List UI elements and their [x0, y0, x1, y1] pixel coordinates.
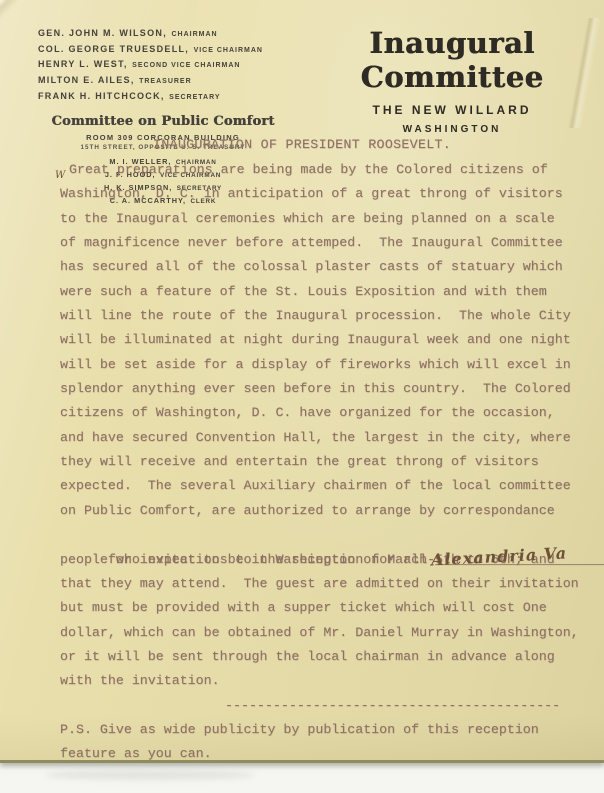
officer-row: HENRY L. WEST, SECOND VICE CHAIRMAN [38, 57, 300, 73]
officer-row: MILTON E. AILES, TREASURER [38, 73, 300, 89]
body-line: will line the route of the Inaugural pro… [60, 304, 590, 328]
letter-paper: GEN. JOHN M. WILSON, CHAIRMAN COL. GEORG… [0, 0, 604, 763]
body-line: to the Inaugural ceremonies which are be… [60, 207, 590, 231]
postscript-line: feature as you can. [60, 742, 590, 766]
body-line: were such a feature of the St. Louis Exp… [60, 280, 590, 304]
body-line: will be illuminated at night during Inau… [60, 328, 590, 352]
postscript-line: P.S. Give as wide publicity by publicati… [60, 718, 590, 742]
committee-title: Committee on Public Comfort [38, 114, 288, 129]
officer-role: VICE CHAIRMAN [194, 47, 263, 54]
officer-role: SECRETARY [169, 94, 220, 101]
body-line: dollar, which can be obtained of Mr. Dan… [60, 621, 590, 645]
document-heading: INAUGURATION OF PRESIDENT ROOSEVELT. [153, 134, 590, 156]
officer-name: COL. GEORGE TRUESDELL, [38, 44, 189, 54]
officer-role: SECOND VICE CHAIRMAN [132, 62, 240, 69]
body-line: Great preparations are being made by the… [60, 158, 590, 182]
officer-row: COL. GEORGE TRUESDELL, VICE CHAIRMAN [38, 42, 300, 58]
body-line: splendor anything ever seen before in th… [60, 377, 590, 401]
org-hotel: THE NEW WILLARD [302, 103, 602, 117]
body-line: citizens of Washington, D. C. have organ… [60, 401, 590, 425]
scanned-letter-page: { "letterhead": { "officers": [ {"name":… [0, 0, 604, 793]
body-line: with the invitation. [60, 669, 590, 693]
body-line: but must be provided with a supper ticke… [60, 596, 590, 620]
body-line: that they may attend. The guest are admi… [60, 572, 590, 596]
body-line: has secured all of the colossal plaster … [60, 255, 590, 279]
body-line: of magnificence never before attemped. T… [60, 231, 590, 255]
dashed-separator: ----------------------------------------… [225, 694, 590, 718]
body-line: will be set aside for a display of firew… [60, 353, 590, 377]
body-line: and have secured Convention Hall, the la… [60, 426, 590, 450]
officer-name: GEN. JOHN M. WILSON, [38, 28, 167, 38]
handwritten-insert-slot: ______________________Alexandria Va [435, 548, 604, 572]
body-line: Washington, D. C. in anticipation of a g… [60, 182, 590, 206]
body-line: they will receive and entertain the grea… [60, 450, 590, 474]
body-line: expected. The several Auxiliary chairmen… [60, 474, 590, 498]
officer-name: FRANK H. HITCHCOCK, [38, 91, 165, 101]
body-line-with-insert: for invitations to the reception for all… [60, 523, 590, 547]
handwritten-correction: W [55, 170, 65, 181]
officer-row: FRANK H. HITCHCOCK, SECRETARY [38, 89, 300, 105]
officer-role: TREASURER [139, 78, 192, 85]
handwritten-insert: Alexandria Va [431, 541, 568, 572]
officer-role: CHAIRMAN [171, 31, 217, 38]
officer-name: HENRY L. WEST, [38, 59, 128, 69]
officer-name: MILTON E. AILES, [38, 75, 135, 85]
org-title: Inaugural Committee [302, 26, 602, 94]
scanner-smudge [45, 770, 255, 780]
body-line: or it will be sent through the local cha… [60, 645, 590, 669]
typed-letter-body: W INAUGURATION OF PRESIDENT ROOSEVELT. G… [60, 134, 590, 767]
body-line: on Public Comfort, are authorized to arr… [60, 499, 590, 523]
officer-row: GEN. JOHN M. WILSON, CHAIRMAN [38, 26, 300, 42]
letterhead-right-block: Inaugural Committee THE NEW WILLARD WASH… [302, 26, 602, 135]
